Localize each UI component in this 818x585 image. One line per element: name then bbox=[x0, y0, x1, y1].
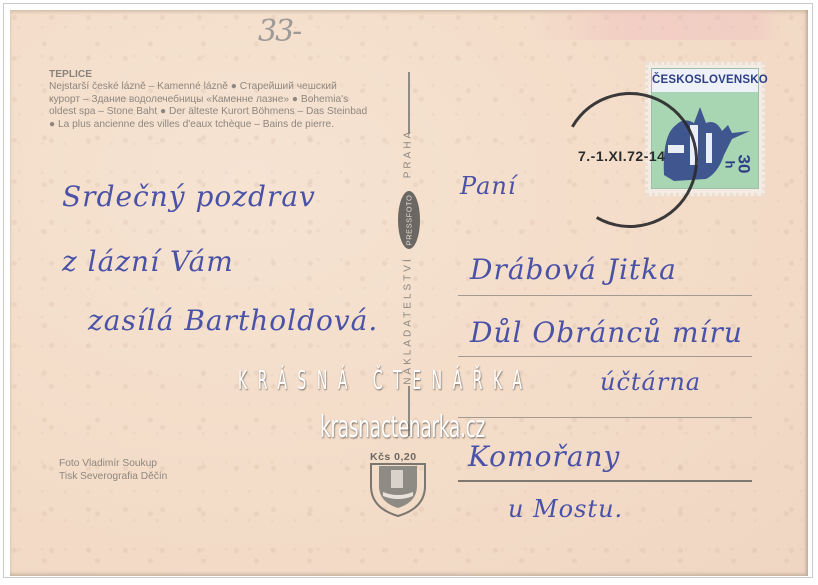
stain-stripe bbox=[530, 10, 780, 40]
message-line-2: z lázní Vám bbox=[62, 245, 234, 278]
pressfoto-logo: PRESSFOTO bbox=[398, 191, 420, 249]
address-salutation: Paní bbox=[460, 172, 517, 200]
address-line3: účtárna bbox=[600, 368, 701, 396]
print-credit: Tisk Severografia Děčín bbox=[59, 471, 167, 484]
caption-text: Nejstarší české lázně – Kamenné lázně ● … bbox=[49, 81, 367, 129]
address-name: Drábová Jitka bbox=[470, 253, 677, 286]
watermark-url[interactable]: krasnactenarka.cz bbox=[320, 410, 485, 445]
address-line-1 bbox=[458, 295, 752, 296]
caption-title: TEPLICE bbox=[49, 69, 369, 81]
stamp-unit: h bbox=[723, 161, 738, 169]
logo-text: PRESSFOTO bbox=[405, 195, 414, 246]
stamp-country: ČESKOSLOVENSKO bbox=[652, 69, 758, 92]
address-line-4 bbox=[458, 480, 752, 482]
postmark-date: 7.-1.XI.72-14 bbox=[578, 148, 665, 164]
address-city: Komořany bbox=[468, 440, 620, 473]
address-line-2 bbox=[458, 356, 752, 357]
caption: TEPLICE Nejstarší české lázně – Kamenné … bbox=[49, 69, 369, 131]
watermark-title: KRÁSNÁ ČTENÁŘKA bbox=[238, 366, 532, 396]
message-line-3: zasílá Bartholdová. bbox=[88, 304, 378, 337]
publisher-city: PRAHA bbox=[403, 124, 414, 184]
message-line-1: Srdečný pozdrav bbox=[62, 180, 316, 213]
photo-credit: Foto Vladimír Soukup bbox=[59, 458, 167, 471]
tourism-badge-icon bbox=[353, 450, 443, 520]
address-region: u Mostu. bbox=[508, 495, 623, 523]
address-line-3 bbox=[458, 417, 752, 418]
catalog-mark: 33- bbox=[258, 14, 300, 49]
address-street: Důl Obránců míru bbox=[470, 316, 743, 349]
credits: Foto Vladimír Soukup Tisk Severografia D… bbox=[59, 458, 167, 483]
